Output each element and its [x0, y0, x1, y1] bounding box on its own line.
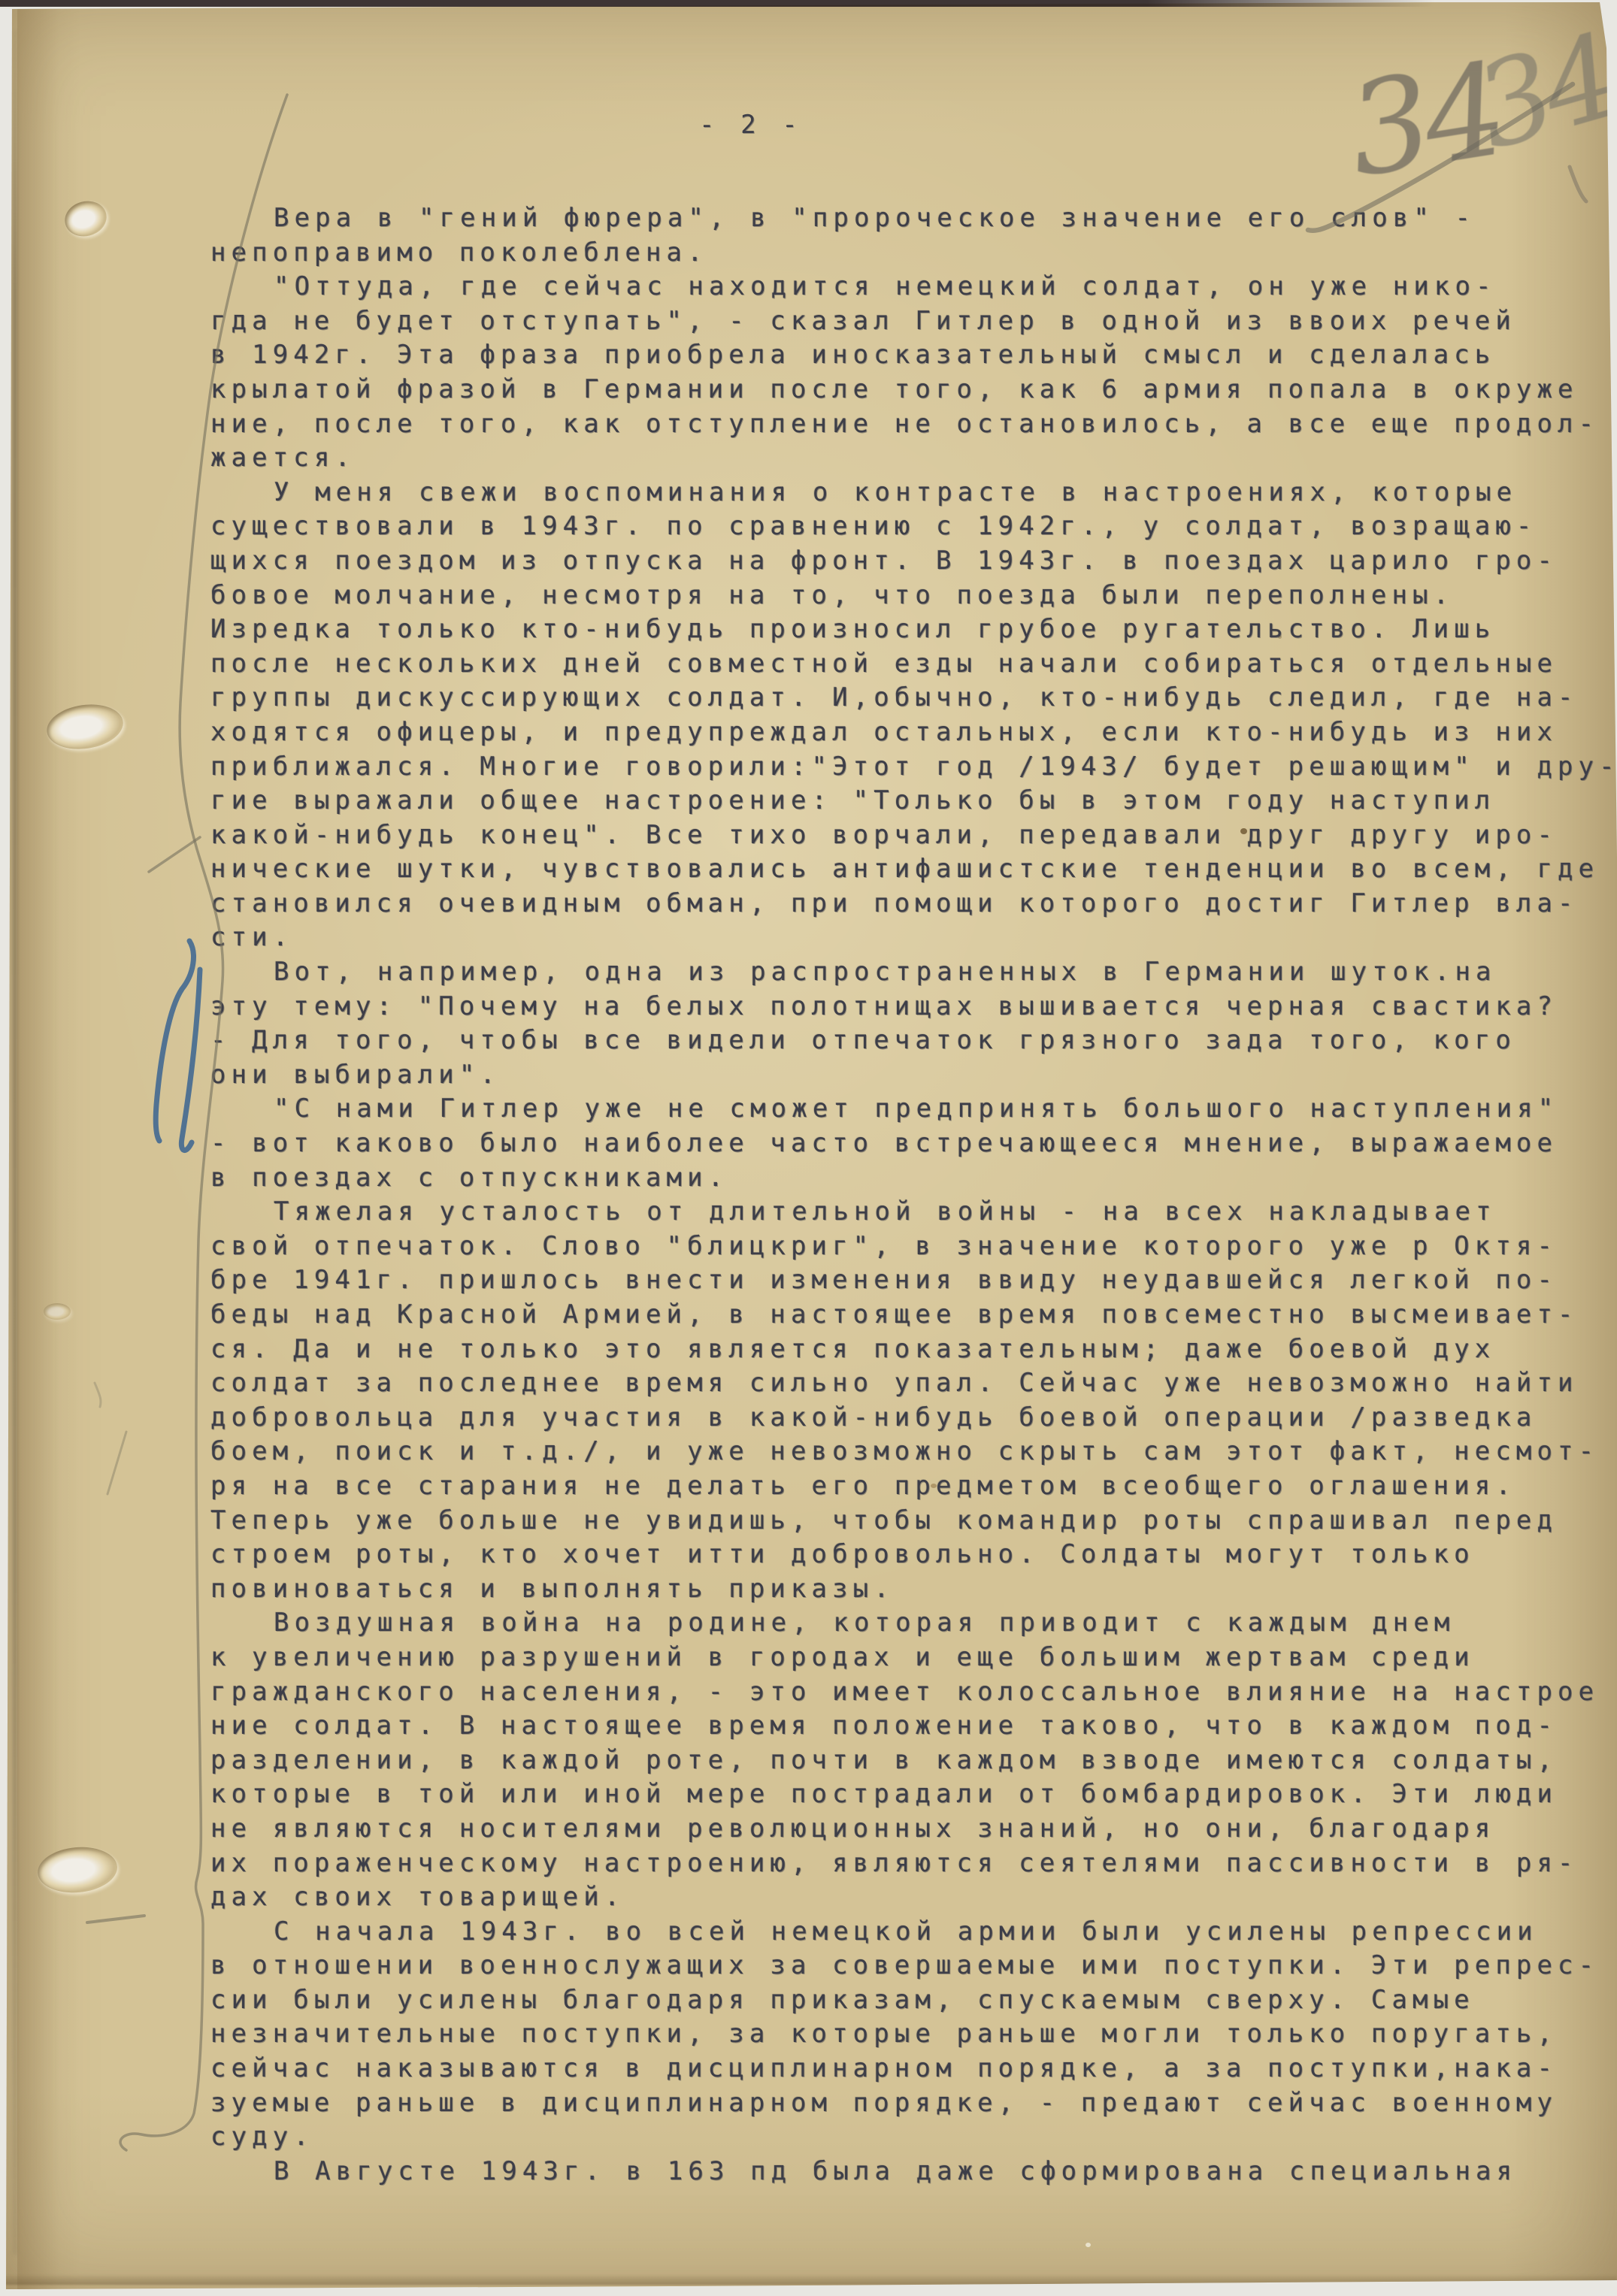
paper-speck	[1086, 2243, 1091, 2247]
text-line: сейчас наказываются в дисциплинарном пор…	[210, 2052, 1616, 2086]
text-line: Тяжелая усталость от длительной войны - …	[210, 1195, 1616, 1230]
text-line: какой-нибудь конец". Все тихо ворчали, п…	[210, 818, 1616, 853]
text-line: - Для того, чтобы все видели отпечаток г…	[210, 1024, 1616, 1058]
pen-mark-left	[156, 941, 193, 1141]
text-line: Вот, например, одна из распространенных …	[210, 955, 1616, 990]
text-line: гда не будет отступать", - сказал Гитлер…	[210, 304, 1616, 339]
text-line: эту тему: "Почему на белых полотнищах вы…	[210, 990, 1616, 1024]
text-line: бре 1941г. пришлось внести изменения вви…	[210, 1263, 1616, 1298]
text-line: крылатой фразой в Германии после того, к…	[210, 373, 1616, 407]
text-line: "Оттуда, где сейчас находится немецкий с…	[210, 270, 1616, 304]
text-line: ние солдат. В настоящее время положение …	[210, 1709, 1616, 1744]
text-line: нические шутки, чувствовались антифашист…	[210, 852, 1616, 887]
text-line: гражданского населения, - это имеет коло…	[210, 1675, 1616, 1710]
text-line: ря на все старания не делать его предмет…	[210, 1469, 1616, 1504]
pencil-strikethrough-tail	[1570, 167, 1586, 201]
scan-edge-top	[0, 0, 1434, 7]
text-line: ние, после того, как отступление не оста…	[210, 407, 1616, 442]
text-line: ся. Да и не только это является показате…	[210, 1333, 1616, 1367]
text-line: солдат за последнее время сильно упал. С…	[210, 1366, 1616, 1401]
text-line: Теперь уже больше не увидишь, чтобы кома…	[210, 1504, 1616, 1538]
paper-sheet: - 2 - 34 34 Вера в "гений фюрера", в "пр…	[0, 0, 1617, 2296]
scanned-page: - 2 - 34 34 Вера в "гений фюрера", в "пр…	[0, 0, 1617, 2296]
text-line: незначительные поступки, за которые рань…	[210, 2017, 1616, 2052]
text-line: бовое молчание, несмотря на то, что поез…	[210, 579, 1616, 613]
text-line: Вера в "гений фюрера", в "пророческое зн…	[210, 201, 1616, 236]
text-line: гие выражали общее настроение: "Только б…	[210, 784, 1616, 818]
text-line: в отношении военнослужащих за совершаемы…	[210, 1949, 1616, 1983]
text-line: Изредка только кто-нибудь произносил гру…	[210, 613, 1616, 647]
text-line: существовали в 1943г. по сравнению с 194…	[210, 510, 1616, 544]
text-line: становился очевидным обман, при помощи к…	[210, 887, 1616, 921]
paper-bottom-shadow	[0, 2274, 1617, 2285]
text-line: добровольца для участия в какой-нибудь б…	[210, 1401, 1616, 1435]
text-line: группы дискуссирующих солдат. И,обычно, …	[210, 681, 1616, 715]
pencil-mark-small	[95, 1383, 101, 1407]
text-line: В Августе 1943г. в 163 пд была даже сфор…	[210, 2155, 1616, 2189]
text-line: непоправимо поколеблена.	[210, 236, 1616, 271]
text-line: разделении, в каждой роте, почти в каждо…	[210, 1744, 1616, 1778]
text-line: в 1942г. Эта фраза приобрела иносказател…	[210, 338, 1616, 373]
text-line: к увеличению разрушений в городах и еще …	[210, 1641, 1616, 1675]
text-line: щихся поездом из отпуска на фронт. В 194…	[210, 544, 1616, 579]
text-line: Воздушная война на родине, которая приво…	[210, 1606, 1616, 1641]
text-line: приближался. Многие говорили:"Этот год /…	[210, 750, 1616, 785]
pencil-tick	[149, 837, 200, 872]
text-line: У меня свежи воспоминания о контрасте в …	[210, 476, 1616, 510]
text-line: после нескольких дней совместной езды на…	[210, 647, 1616, 682]
text-line: которые в той или иной мере пострадали о…	[210, 1777, 1616, 1812]
text-line: суду.	[210, 2120, 1616, 2155]
text-line: С начала 1943г. во всей немецкой армии б…	[210, 1915, 1616, 1950]
text-line: сти.	[210, 921, 1616, 955]
pencil-slash	[107, 1432, 126, 1494]
text-line: повиноваться и выполнять приказы.	[210, 1572, 1616, 1607]
text-line: дах своих товарищей.	[210, 1880, 1616, 1915]
pencil-dash	[87, 1916, 144, 1922]
typewritten-text: Вера в "гений фюрера", в "пророческое зн…	[210, 201, 1616, 2189]
text-line: беды над Красной Армией, в настоящее вре…	[210, 1298, 1616, 1333]
pen-mark-right	[181, 970, 200, 1151]
text-line: они выбирали".	[210, 1058, 1616, 1093]
text-line: их пораженческому настроению, являются с…	[210, 1847, 1616, 1881]
text-line: ходятся офицеры, и предупреждал остальны…	[210, 715, 1616, 750]
text-line: в поездах с отпускниками.	[210, 1161, 1616, 1196]
punch-hole	[61, 197, 111, 241]
text-line: зуемые раньше в дисциплинарном порядке, …	[210, 2086, 1616, 2121]
text-line: "С нами Гитлер уже не сможет предпринять…	[210, 1092, 1616, 1127]
punch-hole	[44, 1303, 71, 1320]
paper-edge-shade	[17, 0, 59, 2292]
text-line: сии были усилены благодаря приказам, спу…	[210, 1983, 1616, 2018]
text-line: - вот каково было наиболее часто встреча…	[210, 1127, 1616, 1161]
text-line: строем роты, кто хочет итти добровольно.…	[210, 1538, 1616, 1572]
text-line: боем, поиск и т.д./, и уже невозможно ск…	[210, 1435, 1616, 1469]
page-number: - 2 -	[699, 110, 803, 140]
text-line: свой отпечаток. Слово "блицкриг", в знач…	[210, 1230, 1616, 1264]
text-line: жается.	[210, 441, 1616, 476]
text-line: не являются носителями революционных зна…	[210, 1812, 1616, 1847]
